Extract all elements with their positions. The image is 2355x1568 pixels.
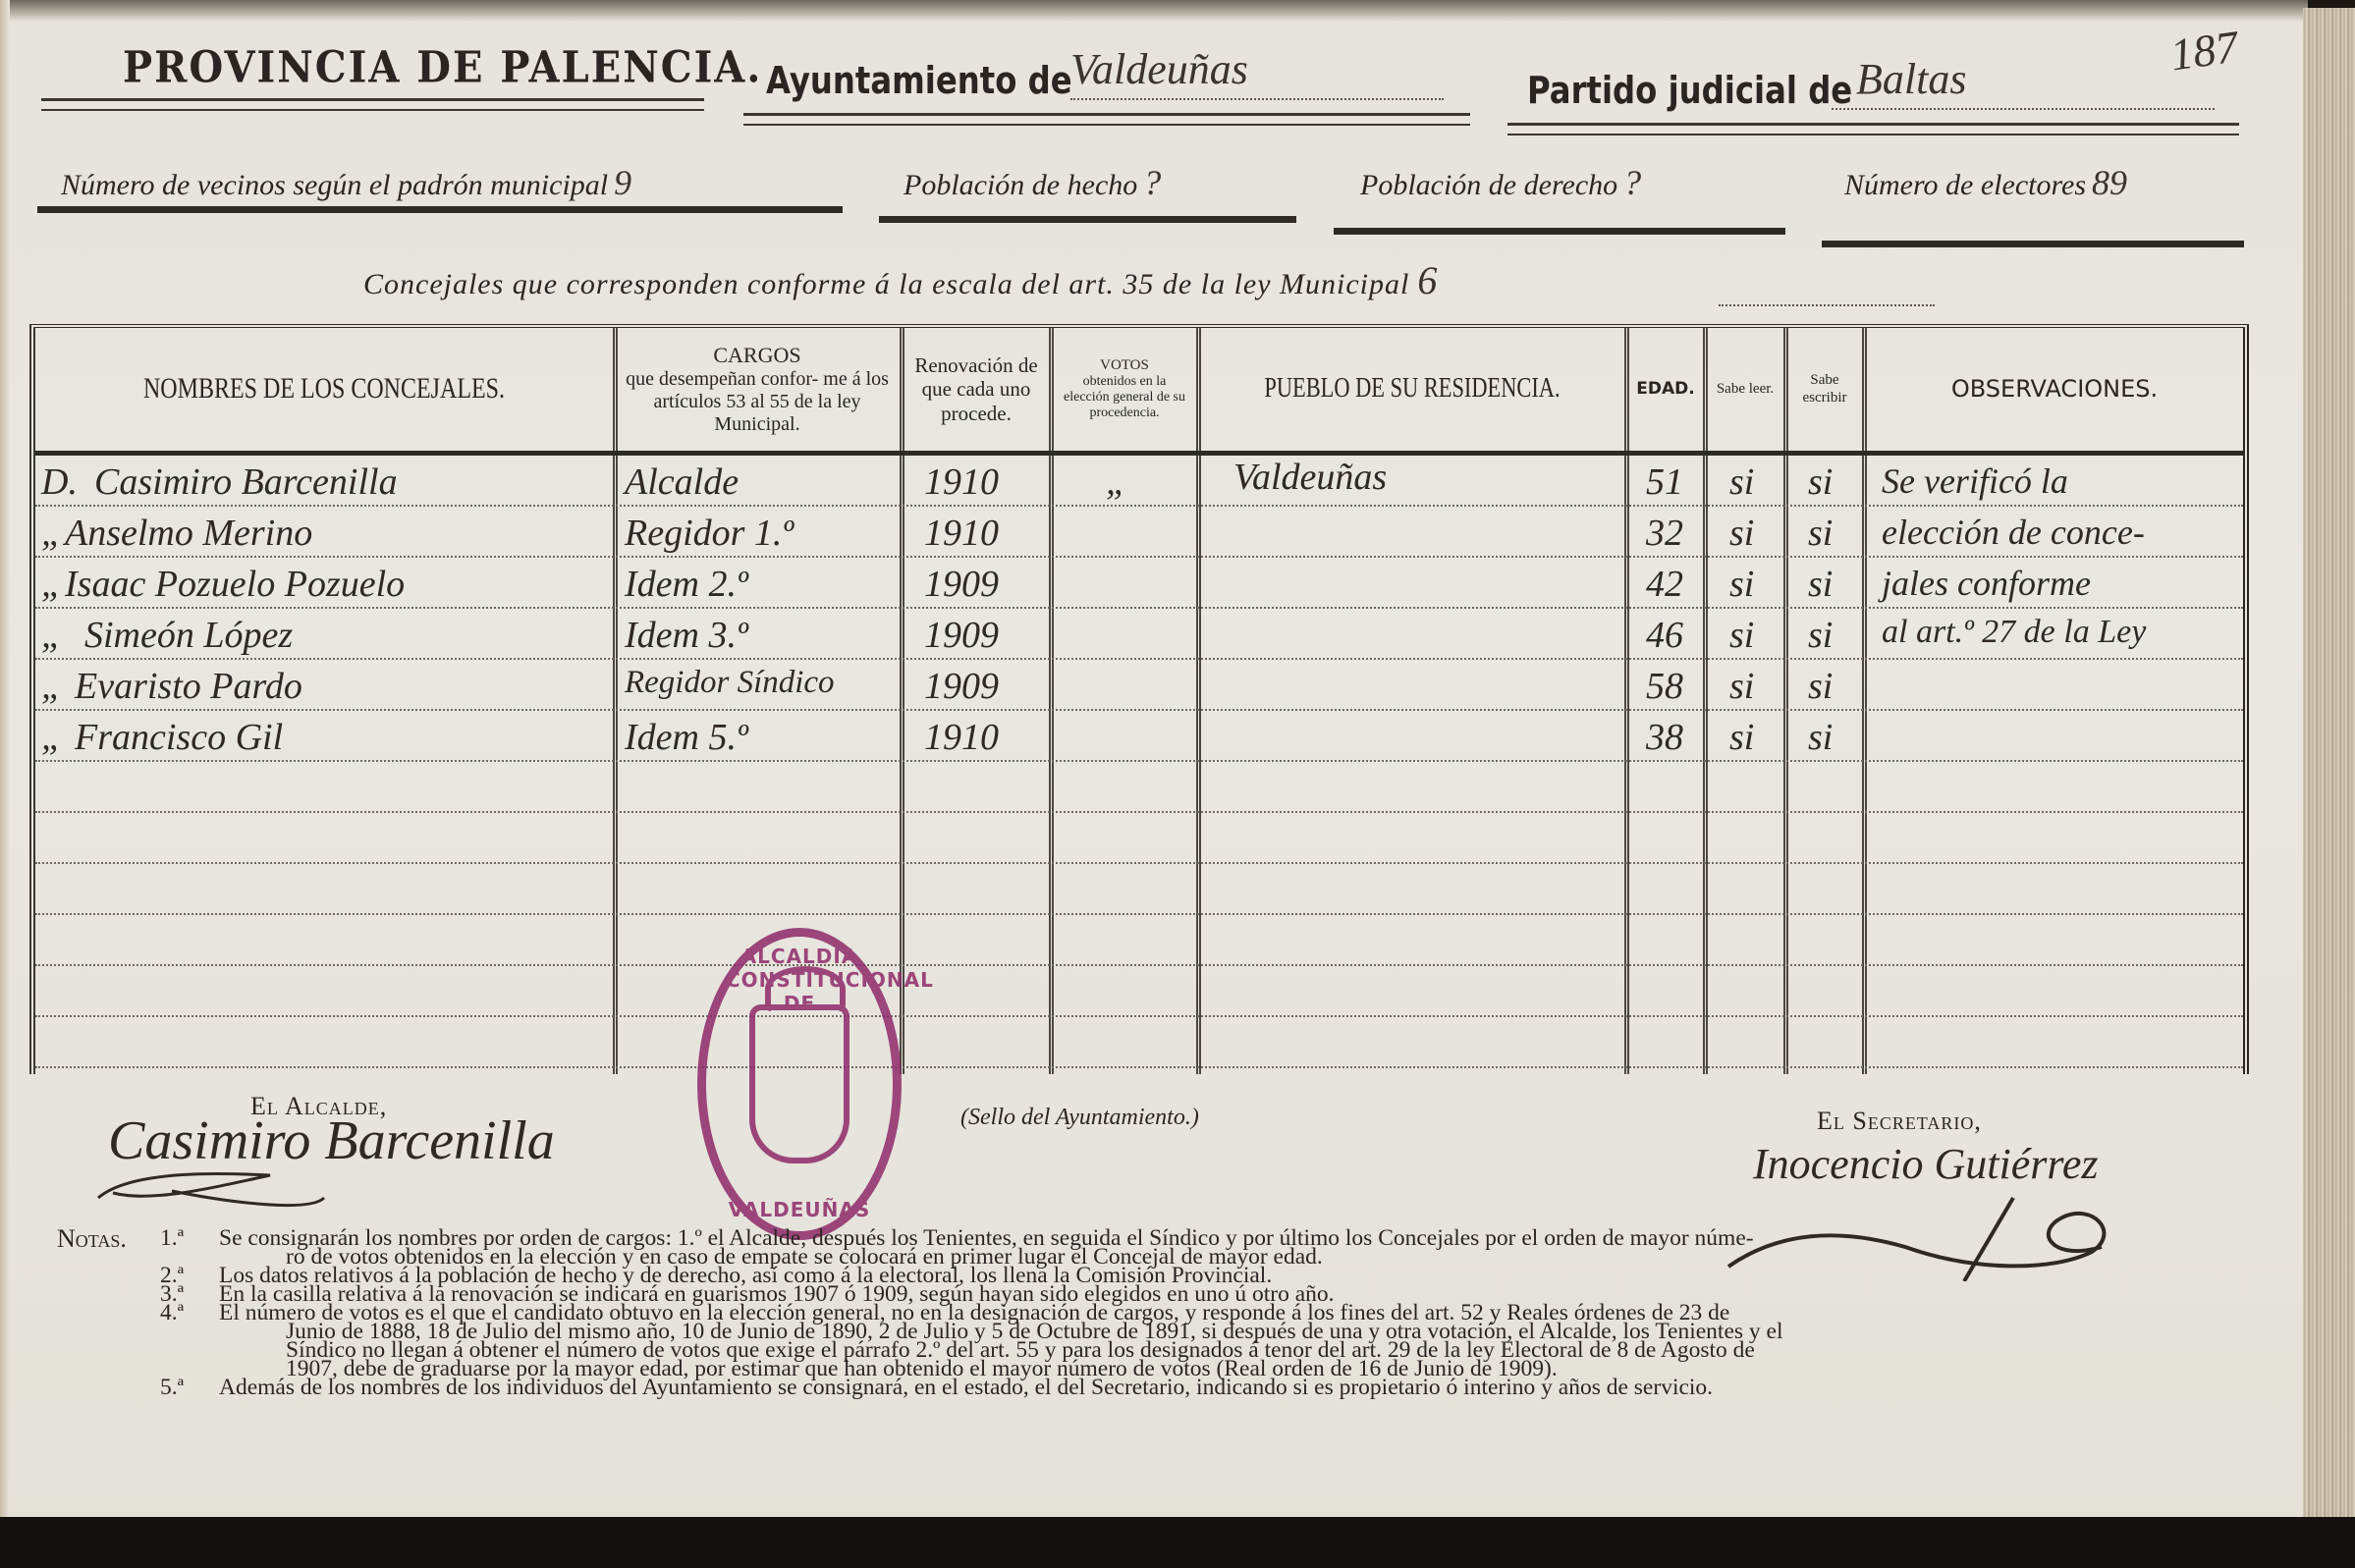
- concejal-nombre: Francisco Gil: [75, 716, 283, 759]
- concejal-renovacion: 1909: [924, 563, 999, 606]
- document-page: PROVINCIA DE PALENCIA. Ayuntamiento de V…: [0, 0, 2308, 1532]
- row-line: [35, 556, 2243, 558]
- note-number: 1.ª: [160, 1229, 219, 1248]
- header-cargos-title: CARGOS: [713, 343, 800, 367]
- electores-field: Número de electores89: [1844, 162, 2127, 203]
- header-votos-sub: obtenidos en la elección general de su p…: [1061, 374, 1188, 421]
- row-line: [35, 862, 2243, 864]
- observaciones-line: Se verificó la: [1882, 460, 2068, 502]
- concejal-renovacion: 1910: [924, 512, 999, 555]
- header-votos-title: VOTOS: [1100, 357, 1149, 374]
- concejal-edad: 32: [1646, 512, 1683, 555]
- note-number: 4.ª: [160, 1304, 219, 1323]
- row-prefix: „: [41, 512, 62, 555]
- header-observaciones: OBSERVACIONES.: [1866, 328, 2243, 451]
- electores-label: Número de electores: [1844, 169, 2086, 201]
- concejal-sabe-leer: si: [1729, 665, 1754, 708]
- municipal-seal-stamp: ALCALDÍA CONSTITUCIONAL DE VALDEUÑAS: [697, 928, 902, 1240]
- concejal-edad: 38: [1646, 716, 1683, 759]
- concejal-edad: 42: [1646, 563, 1683, 606]
- row-line: [35, 1066, 2243, 1068]
- concejal-renovacion: 1910: [924, 716, 999, 759]
- concejal-cargo: Idem 5.º: [625, 716, 748, 759]
- concejal-nombre: Simeón López: [84, 614, 293, 657]
- row-line: [35, 760, 2243, 762]
- row-line: [35, 658, 2243, 660]
- notes-section: Notas. 1.ª Se consignarán los nombres po…: [57, 1229, 2247, 1397]
- alcalde-flourish-icon: [93, 1163, 329, 1222]
- header-edad: EDAD.: [1628, 328, 1703, 451]
- divider: [1822, 241, 2244, 247]
- header-cargos-sub: que desempeñan confor- me á los artículo…: [623, 368, 893, 436]
- secretario-signature: Inocencio Gutiérrez: [1753, 1139, 2098, 1189]
- row-prefix: „: [41, 665, 62, 708]
- row-prefix: „: [41, 716, 62, 759]
- header-pueblo: PUEBLO DE SU RESIDENCIA.: [1242, 328, 1582, 451]
- divider: [37, 206, 843, 213]
- row-line: [35, 913, 2243, 915]
- concejal-sabe-escribir: si: [1808, 665, 1833, 708]
- divider: [743, 113, 1470, 126]
- concejal-sabe-leer: si: [1729, 716, 1754, 759]
- ayuntamiento-label: Ayuntamiento de: [766, 59, 1072, 102]
- concejal-votos: „: [1106, 460, 1126, 504]
- column-divider: [1196, 328, 1201, 1074]
- concejal-sabe-escribir: si: [1808, 716, 1833, 759]
- crown-icon: [765, 966, 846, 1011]
- book-spine: [0, 0, 10, 1568]
- row-line: [35, 964, 2243, 966]
- header-separator: [35, 451, 2243, 456]
- concejal-renovacion: 1909: [924, 665, 999, 708]
- row-line: [35, 607, 2243, 609]
- row-line: [35, 505, 2243, 507]
- header-nombres: NOMBRES DE LOS CONCEJALES.: [93, 328, 555, 451]
- concejal-sabe-escribir: si: [1808, 512, 1833, 555]
- concejal-nombre: Anselmo Merino: [65, 512, 312, 555]
- ayuntamiento-dots: [1070, 98, 1444, 100]
- partido-dots: [1832, 108, 2215, 110]
- note-item: 5.ª Además de los nombres de los individ…: [57, 1379, 2247, 1397]
- folio-number: 187: [2167, 20, 2242, 81]
- province-title: PROVINCIA DE PALENCIA.: [123, 42, 762, 93]
- secretario-label: El Secretario,: [1817, 1107, 1982, 1136]
- observaciones-line: al art.º 27 de la Ley: [1882, 614, 2146, 651]
- observaciones-line: jales conforme: [1882, 563, 2091, 604]
- concejal-nombre: Casimiro Barcenilla: [94, 460, 398, 504]
- poblacion-hecho-value: ?: [1143, 163, 1161, 202]
- concejal-sabe-escribir: si: [1808, 460, 1833, 504]
- partido-label: Partido judicial de: [1527, 69, 1852, 112]
- concejales-table: NOMBRES DE LOS CONCEJALES. CARGOS que de…: [29, 324, 2249, 1074]
- concejal-cargo: Regidor Síndico: [625, 665, 835, 701]
- poblacion-hecho-field: Población de hecho?: [904, 162, 1161, 203]
- header-sabe-leer: Sabe leer.: [1707, 328, 1783, 451]
- note-text: Además de los nombres de los individuos …: [219, 1379, 2247, 1397]
- header-cargos: CARGOS que desempeñan confor- me á los a…: [615, 328, 900, 451]
- row-line: [35, 709, 2243, 711]
- concejal-sabe-leer: si: [1729, 563, 1754, 606]
- concejales-line: Concejales que corresponden conforme á l…: [363, 257, 1438, 303]
- vecinos-label: Número de vecinos según el padrón munici…: [61, 169, 608, 201]
- divider: [41, 98, 704, 111]
- vecinos-field: Número de vecinos según el padrón munici…: [61, 162, 631, 203]
- page-top-shadow: [0, 0, 2308, 22]
- concejal-sabe-escribir: si: [1808, 563, 1833, 606]
- concejal-cargo: Idem 2.º: [625, 563, 748, 606]
- header-renovacion: Renovación de que cada uno procede.: [904, 328, 1049, 451]
- observaciones-line: elección de conce-: [1882, 512, 2145, 553]
- poblacion-derecho-value: ?: [1623, 163, 1641, 202]
- divider: [879, 216, 1296, 223]
- vecinos-value: 9: [614, 163, 631, 202]
- concejal-renovacion: 1909: [924, 614, 999, 657]
- concejal-edad: 58: [1646, 665, 1683, 708]
- row-prefix: „: [41, 563, 62, 606]
- concejal-pueblo: Valdeuñas: [1233, 456, 1387, 499]
- row-prefix: „: [41, 614, 62, 657]
- partido-value: Baltas: [1856, 54, 1966, 104]
- sello-label: (Sello del Ayuntamiento.): [960, 1105, 1199, 1131]
- ayuntamiento-value: Valdeuñas: [1070, 44, 1248, 94]
- concejal-cargo: Idem 3.º: [625, 614, 748, 657]
- divider: [1507, 123, 2239, 135]
- concejales-dots: [1719, 304, 1935, 306]
- concejal-nombre: Isaac Pozuelo Pozuelo: [65, 563, 405, 606]
- concejal-sabe-leer: si: [1729, 512, 1754, 555]
- header-sabe-escribir: Sabe escribir: [1787, 328, 1862, 451]
- concejal-sabe-leer: si: [1729, 614, 1754, 657]
- concejal-sabe-leer: si: [1729, 460, 1754, 504]
- book-page-edges: [2303, 8, 2355, 1540]
- notes-label: Notas.: [57, 1229, 160, 1248]
- concejal-cargo: Regidor 1.º: [625, 512, 794, 555]
- concejal-renovacion: 1910: [924, 460, 999, 504]
- scan-background: [0, 1517, 2355, 1568]
- row-line: [35, 811, 2243, 813]
- poblacion-derecho-field: Población de derecho?: [1360, 162, 1641, 203]
- electores-value: 89: [2092, 163, 2127, 202]
- concejal-sabe-escribir: si: [1808, 614, 1833, 657]
- concejales-label: Concejales que corresponden conforme á l…: [363, 268, 1409, 300]
- stamp-text-bottom: VALDEUÑAS: [726, 1198, 873, 1221]
- concejal-nombre: Evaristo Pardo: [75, 665, 302, 708]
- coat-of-arms-icon: [749, 1004, 849, 1163]
- poblacion-derecho-label: Población de derecho: [1360, 169, 1617, 201]
- concejal-edad: 51: [1646, 460, 1683, 504]
- divider: [1334, 228, 1785, 235]
- header-votos: VOTOS obtenidos en la elección general d…: [1053, 328, 1196, 451]
- note-number: 5.ª: [160, 1379, 219, 1397]
- row-prefix: D.: [41, 460, 78, 504]
- row-line: [35, 1015, 2243, 1017]
- concejal-cargo: Alcalde: [625, 460, 739, 504]
- poblacion-hecho-label: Población de hecho: [904, 169, 1137, 201]
- concejales-value: 6: [1417, 258, 1438, 302]
- concejal-edad: 46: [1646, 614, 1683, 657]
